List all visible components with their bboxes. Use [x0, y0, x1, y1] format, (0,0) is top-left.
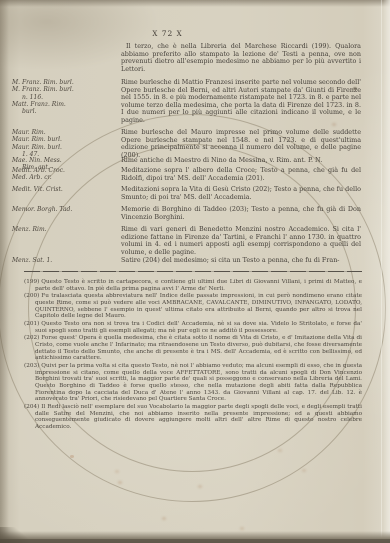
entry-description: Meditazione sopra l' albero della Croce;… [121, 167, 361, 182]
margin-line: Mae. Nin. Mess. [12, 157, 116, 164]
footnote: (203)Quivi per la prima volta si cita qu… [24, 363, 362, 403]
entry-description: Memorie di Borghino di Taddeo (203); Tes… [121, 206, 361, 221]
header-ornament-left: X [152, 30, 158, 38]
book-page-scan: X 72 X Il terzo, che è nella Libreria de… [0, 0, 390, 543]
margin-abbreviation: Medit. Vit. Crist. [12, 186, 116, 193]
page-edge-left [0, 0, 9, 543]
header-ornament-right: X [177, 30, 183, 38]
footnote-number: (204) [24, 404, 39, 410]
margin-abbreviation: Maur. Rim. Maur. Rim. burl. Maur. Rim. b… [12, 129, 116, 158]
footnote-text: Quivi per la prima volta si cita questo … [35, 363, 362, 402]
margin-line: Maur. Rim. burl. [12, 136, 116, 143]
page-number: 72 [162, 29, 174, 38]
footnote-rule [24, 271, 362, 272]
footnote-text: Forse quest' Opera è quella medesima, ch… [35, 335, 362, 361]
footnote: (202)Forse quest' Opera è quella medesim… [24, 335, 362, 362]
margin-abbreviation: M. Franz. Rim. burl. M. Franz. Rim. burl… [12, 79, 116, 116]
page-corner-shadow [0, 527, 30, 543]
footnote-number: (200) [24, 293, 39, 299]
margin-line: Med. Arb. cr. [12, 174, 116, 181]
footnote-text: Il Redi lasciò nell' esemplare del suo V… [35, 404, 362, 430]
margin-line: Menz. Rim. [12, 226, 116, 233]
margin-line: Memor. Borgh. Tad. [12, 206, 116, 213]
margin-line: burl. [12, 108, 116, 115]
footnote-text: Questo Testo è scritto in cartapecora, e… [35, 279, 362, 292]
entry-description: Rime burlesche di Mattio Franzesi inseri… [121, 79, 361, 124]
footnotes-block: (199)Questo Testo è scritto in cartapeco… [24, 279, 362, 432]
entry-description: Rime burlesche del Mauro impresse nel pr… [121, 129, 361, 159]
footnote-text: Questo Testo ora non si trova tra i Codi… [35, 321, 362, 334]
page-edge-top [0, 0, 390, 7]
page-edge-right [383, 0, 390, 543]
intro-paragraph: Il terzo, che è nella Libreria del March… [121, 43, 361, 73]
margin-line: Matt. Franz. Rim. [12, 101, 116, 108]
page-edge-bottom-shadow [0, 539, 390, 543]
margin-abbreviation: Memor. Borgh. Tad. [12, 206, 116, 213]
margin-line: M. Franz. Rim. burl. [12, 86, 116, 93]
margin-line: Menz. Sat. 1. [12, 257, 116, 264]
footnote-number: (202) [24, 335, 39, 341]
footnote: (204)Il Redi lasciò nell' esemplare del … [24, 404, 362, 431]
margin-line: Maur. Rim. burl. [12, 144, 116, 151]
entry-description: Rime antiche di Maestro di Nino da Messi… [121, 157, 361, 165]
foxing-spots [70, 455, 74, 458]
footnote: (200)Fu tralasciata questa abbreviatura … [24, 293, 362, 320]
footnote-number: (199) [24, 279, 39, 285]
footnote-text: Fu tralasciata questa abbreviatura nell'… [35, 293, 362, 319]
margin-line: Medit. Arb. Croc. [12, 167, 116, 174]
margin-line: Medit. Vit. Crist. [12, 186, 116, 193]
margin-abbreviation: Menz. Rim. [12, 226, 116, 233]
footnote: (201)Questo Testo ora non si trova tra i… [24, 321, 362, 334]
footnote: (199)Questo Testo è scritto in cartapeco… [24, 279, 362, 292]
footnote-number: (203) [24, 363, 39, 369]
footnote-number: (201) [24, 321, 39, 327]
page-header: X 72 X [110, 29, 225, 38]
entry-description: Meditazioni sopra la Vita di Gesù Cristo… [121, 186, 361, 201]
margin-abbreviation: Medit. Arb. Croc. Med. Arb. cr. [12, 167, 116, 182]
margin-abbreviation: Menz. Sat. 1. [12, 257, 116, 264]
margin-line: M. Franz. Rim. burl. [12, 79, 116, 86]
entry-description: Satire (204) del medesimo; si cita un Te… [121, 257, 361, 265]
page-crease [381, 0, 382, 543]
entry-description: Rime di vari generi di Benedetto Menzini… [121, 226, 361, 256]
margin-line: Maur. Rim. [12, 129, 116, 136]
margin-line: n. 116. [12, 94, 116, 101]
